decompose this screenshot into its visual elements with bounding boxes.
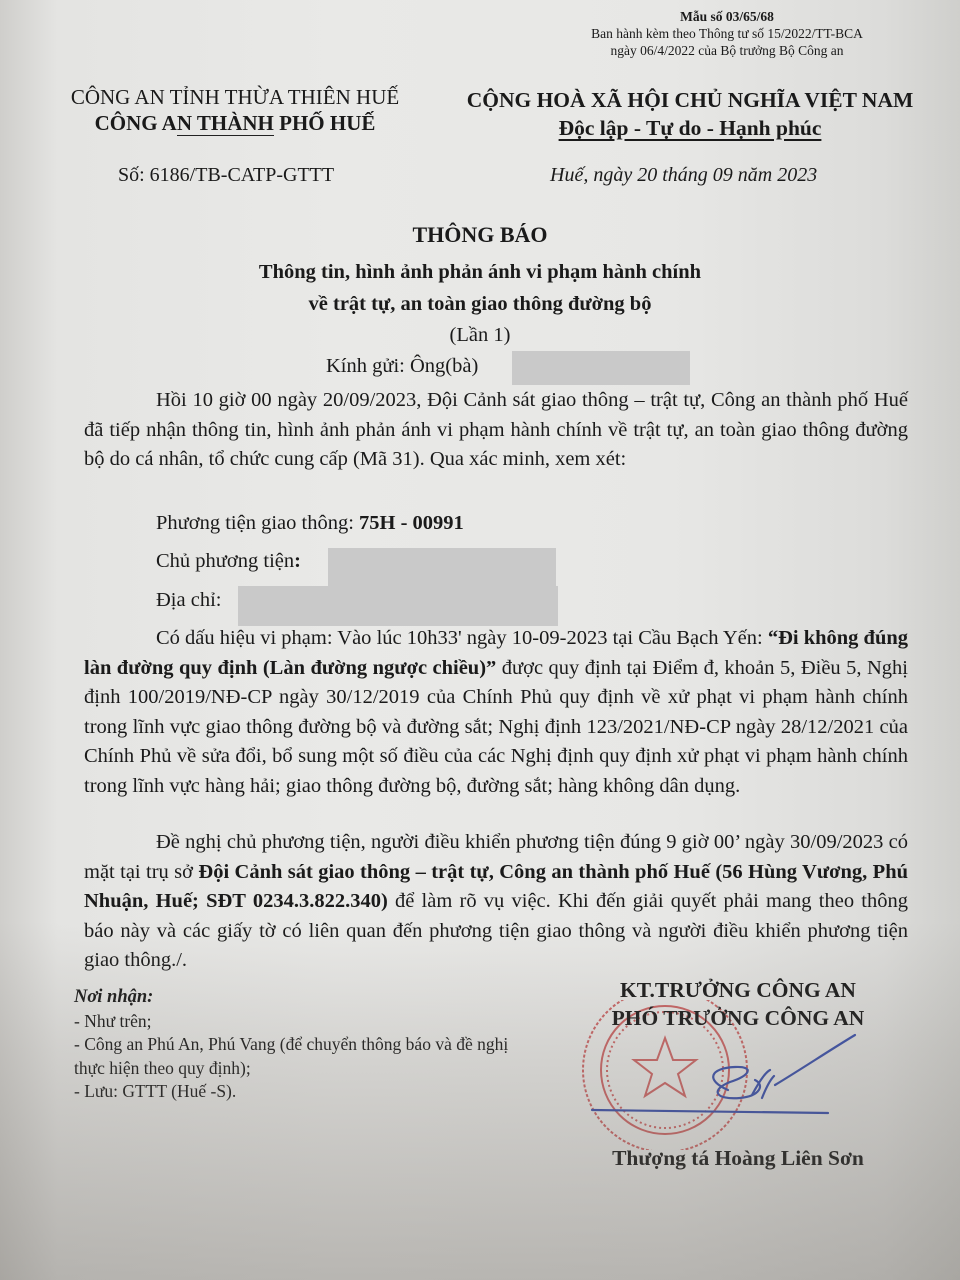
document-title: THÔNG BÁO bbox=[0, 222, 960, 248]
recipients-block: Nơi nhận: - Như trên; - Công an Phú An, … bbox=[74, 986, 534, 1104]
document-number: Số: 6186/TB-CATP-GTTT bbox=[118, 164, 334, 187]
violation-paragraph: Có dấu hiệu vi phạm: Vào lúc 10h33' ngày… bbox=[84, 624, 908, 801]
notice-round: (Lần 1) bbox=[0, 324, 960, 347]
agency-name: CÔNG AN THÀNH PHỐ HUẾ bbox=[40, 110, 430, 136]
address-field: Địa chỉ: bbox=[156, 589, 221, 612]
subtitle-line1: Thông tin, hình ảnh phản ánh vi phạm hàn… bbox=[0, 256, 960, 288]
form-code: Mẫu số 03/65/68 bbox=[562, 8, 892, 25]
country-name: CỘNG HOÀ XÃ HỘI CHỦ NGHĨA VIỆT NAM bbox=[440, 86, 940, 114]
form-ref-line1: Ban hành kèm theo Thông tư số 15/2022/TT… bbox=[562, 25, 892, 42]
request-paragraph: Đề nghị chủ phương tiện, người điều khiể… bbox=[84, 828, 908, 976]
plate-number: 75H - 00991 bbox=[359, 512, 464, 534]
recipient-item: - Lưu: GTTT (Huế -S). bbox=[74, 1080, 534, 1104]
redacted-owner bbox=[328, 548, 556, 588]
document-subtitle: Thông tin, hình ảnh phản ánh vi phạm hàn… bbox=[0, 256, 960, 320]
agency-name-part: CÔNG A bbox=[95, 111, 177, 135]
recipient-item: - Như trên; bbox=[74, 1010, 534, 1034]
national-motto: Độc lập - Tự do - Hạnh phúc bbox=[440, 114, 940, 142]
addressee-label: Kính gửi: Ông(bà) bbox=[326, 355, 478, 378]
plate-label: Phương tiện giao thông: bbox=[156, 512, 359, 534]
agency-name-part: PHỐ HUẾ bbox=[274, 111, 376, 135]
parent-agency: CÔNG AN TỈNH THỪA THIÊN HUẾ bbox=[40, 84, 430, 110]
signatory-title: PHÓ TRƯỞNG CÔNG AN bbox=[588, 1006, 888, 1031]
issuing-agency: CÔNG AN TỈNH THỪA THIÊN HUẾ CÔNG AN THÀN… bbox=[40, 84, 430, 136]
owner-field: Chủ phương tiện: bbox=[156, 550, 301, 573]
agency-name-underlined: N THÀNH bbox=[177, 111, 274, 136]
subtitle-line2: về trật tự, an toàn giao thông đường bộ bbox=[0, 288, 960, 320]
form-ref-line2: ngày 06/4/2022 của Bộ trưởng Bộ Công an bbox=[562, 42, 892, 59]
place-date: Huế, ngày 20 tháng 09 năm 2023 bbox=[550, 164, 817, 187]
form-reference: Mẫu số 03/65/68 Ban hành kèm theo Thông … bbox=[562, 8, 892, 59]
national-header: CỘNG HOÀ XÃ HỘI CHỦ NGHĨA VIỆT NAM Độc l… bbox=[440, 86, 940, 142]
vehicle-plate-field: Phương tiện giao thông: 75H - 00991 bbox=[156, 512, 464, 535]
intro-text: Hồi 10 giờ 00 ngày 20/09/2023, Đội Cảnh … bbox=[84, 389, 908, 470]
recipients-heading: Nơi nhận: bbox=[74, 986, 534, 1010]
recipient-item: - Công an Phú An, Phú Vang (để chuyển th… bbox=[74, 1033, 534, 1080]
signatory-authority: KT.TRƯỞNG CÔNG AN bbox=[588, 978, 888, 1003]
violation-intro: Có dấu hiệu vi phạm: Vào lúc 10h33' ngày… bbox=[156, 627, 768, 649]
intro-paragraph: Hồi 10 giờ 00 ngày 20/09/2023, Đội Cảnh … bbox=[84, 386, 908, 475]
signatory-name: Thượng tá Hoàng Liên Sơn bbox=[588, 1146, 888, 1171]
redacted-address bbox=[238, 586, 558, 626]
owner-label: Chủ phương tiện bbox=[156, 550, 294, 572]
redacted-addressee bbox=[512, 351, 690, 385]
owner-colon: : bbox=[294, 550, 301, 572]
